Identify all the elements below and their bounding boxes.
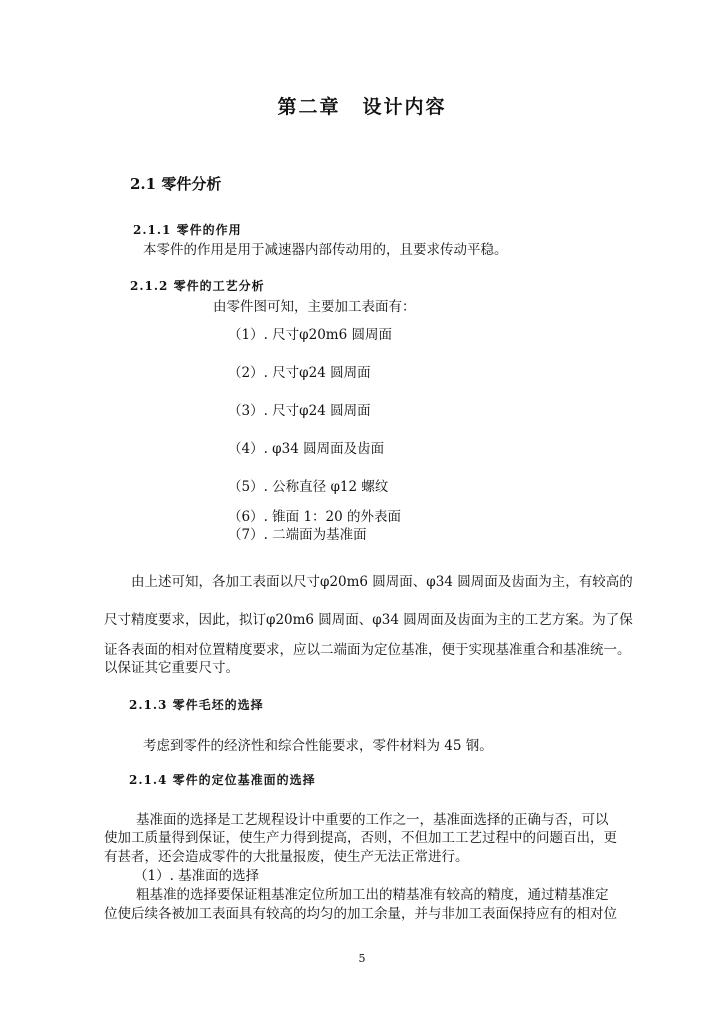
paragraph-line: 使加工质量得到保证，使生产力得到提高，否则，不但加工工艺过程中的问题百出，更 — [104, 826, 617, 846]
surface-item: （6）. 锥面 1：20 的外表面 — [228, 505, 401, 525]
summary-line: 证各表面的相对位置精度要求，应以二端面为定位基准，便于实现基准重合和基准统一。 — [104, 638, 631, 658]
chapter-number: 第二章 — [277, 96, 340, 118]
paragraph-line: （1）. 基准面的选择 — [134, 864, 259, 884]
summary-line: 以保证其它重要尺寸。 — [104, 656, 239, 676]
summary-line: 尺寸精度要求，因此，拟订φ20m6 圆周面、φ34 圆周面及齿面为主的工艺方案。… — [104, 608, 633, 628]
paragraph-line: 粗基准的选择要保证粗基准定位所加工出的精基准有较高的精度，通过精基准定 — [136, 883, 609, 903]
paragraph-line: 基准面的选择是工艺规程设计中重要的工作之一，基准面选择的正确与否，可以 — [136, 808, 609, 828]
chapter-name: 设计内容 — [363, 96, 447, 118]
surface-item: （2）. 尺寸φ24 圆周面 — [228, 361, 371, 381]
surface-item: （3）. 尺寸φ24 圆周面 — [228, 399, 371, 419]
surface-item: （4）. φ34 圆周面及齿面 — [228, 437, 384, 457]
paragraph-line: 位使后续各被加工表面具有较高的均匀的加工余量，并与非加工表面保持应有的相对位 — [104, 902, 617, 922]
section-2-1-heading: 2.1 零件分析 — [130, 173, 221, 194]
chapter-title: 第二章设计内容 — [0, 92, 724, 119]
section-2-1-3-text: 考虑到零件的经济性和综合性能要求，零件材料为 45 钢。 — [143, 734, 493, 754]
section-2-1-4-heading: 2.1.4 零件的定位基准面的选择 — [129, 771, 316, 788]
surface-item: （1）. 尺寸φ20m6 圆周面 — [228, 323, 392, 343]
paragraph-line: 有甚者，还会造成零件的大批量报废，使生产无法正常进行。 — [104, 845, 469, 865]
section-2-1-2-heading: 2.1.2 零件的工艺分析 — [130, 277, 265, 294]
page-number: 5 — [0, 952, 724, 965]
summary-line: 由上述可知，各加工表面以尺寸φ20m6 圆周面、φ34 圆周面及齿面为主，有较高… — [131, 570, 633, 590]
surface-item: （7）. 二端面为基准面 — [228, 523, 367, 543]
section-2-1-2-intro: 由零件图可知，主要加工表面有： — [213, 295, 416, 315]
section-2-1-1-heading: 2.1.1 零件的作用 — [133, 221, 242, 238]
section-2-1-3-heading: 2.1.3 零件毛坯的选择 — [129, 696, 264, 713]
section-2-1-1-text: 本零件的作用是用于减速器内部传动用的，且要求传动平稳。 — [143, 238, 508, 258]
surface-item: （5）. 公称直径 φ12 螺纹 — [228, 475, 388, 495]
